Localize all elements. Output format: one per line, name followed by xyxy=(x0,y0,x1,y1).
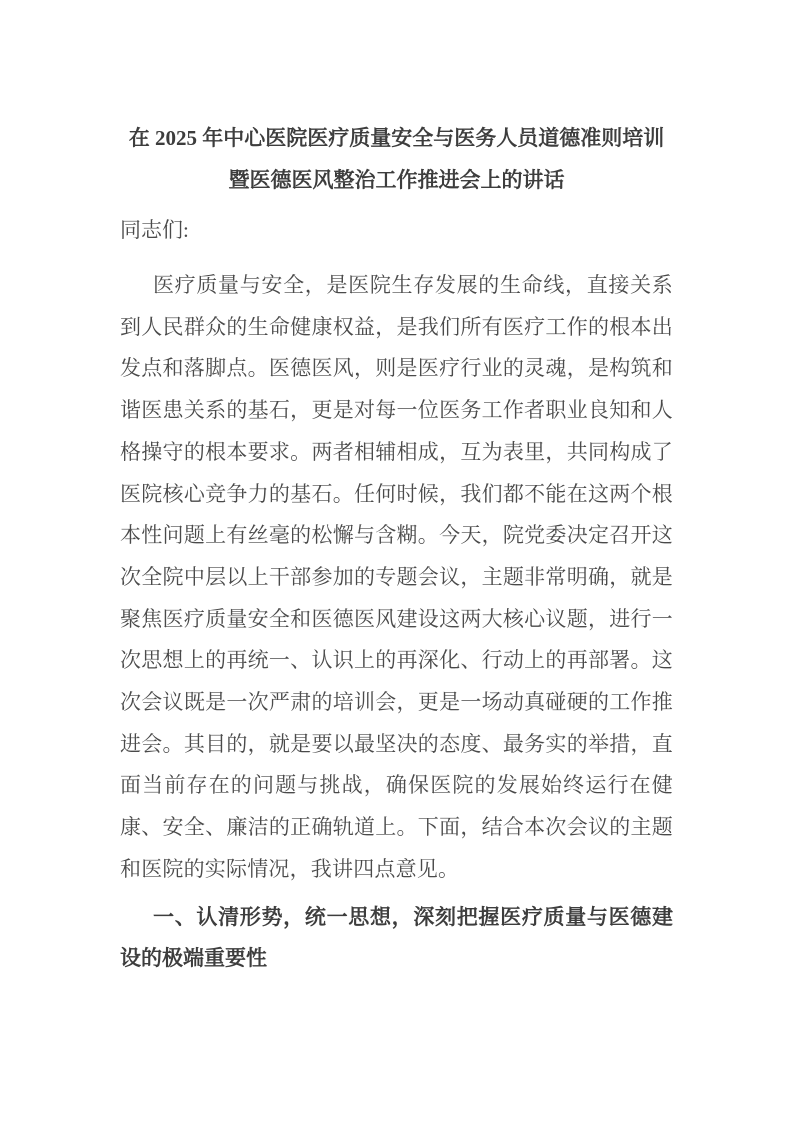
body-paragraph-1: 医疗质量与安全，是医院生存发展的生命线，直接关系到人民群众的生命健康权益，是我们… xyxy=(120,265,673,891)
section-heading-1: 一、认清形势，统一思想，深刻把握医疗质量与医德建设的极端重要性 xyxy=(120,897,673,979)
document-title: 在 2025 年中心医院医疗质量安全与医务人员道德准则培训 暨医德医风整治工作推… xyxy=(120,117,673,201)
salutation: 同志们: xyxy=(120,210,673,251)
title-line-1: 在 2025 年中心医院医疗质量安全与医务人员道德准则培训 xyxy=(120,117,673,159)
title-line-2: 暨医德医风整治工作推进会上的讲话 xyxy=(120,159,673,201)
document-page: 在 2025 年中心医院医疗质量安全与医务人员道德准则培训 暨医德医风整治工作推… xyxy=(0,0,793,1122)
